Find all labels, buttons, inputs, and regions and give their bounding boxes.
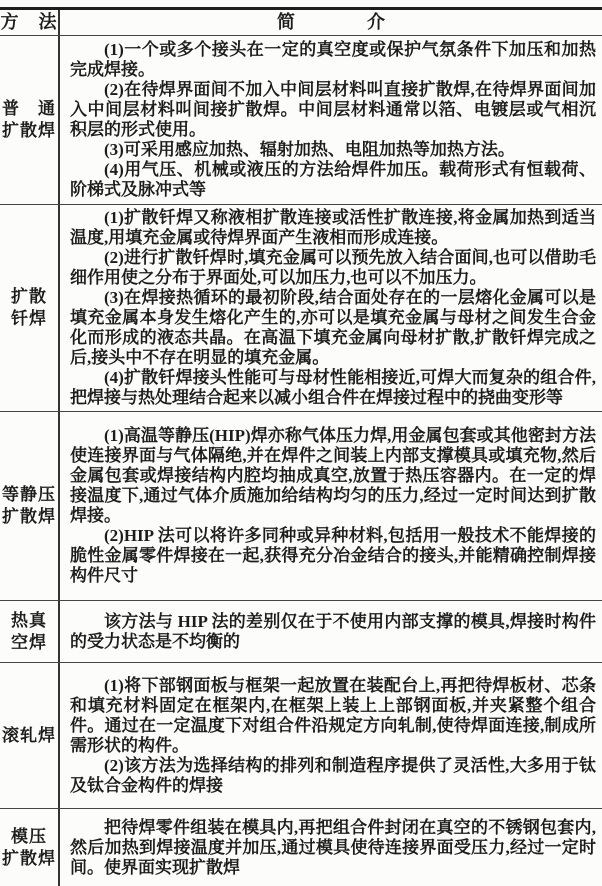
table-row: 等静压 扩散焊 (1)高温等静压(HIP)焊亦称气体压力焊,用金属包套或其他密封… <box>0 411 602 600</box>
table-row: 扩散 钎焊 (1)扩散钎焊又称液相扩散连接或活性扩散连接,将金属加热到适当温度,… <box>0 204 602 411</box>
table-row: 普 通 扩散焊 (1)一个或多个接头在一定的真空度或保护气氛条件下加压和加热完成… <box>0 35 602 204</box>
method-cell: 热真 空焊 <box>0 601 60 662</box>
welding-methods-table: 方 法 简 介 普 通 扩散焊 (1)一个或多个接头在一定的真空度或保护气氛条件… <box>0 7 602 886</box>
method-label-line: 扩散焊 <box>2 506 56 528</box>
intro-paragraph: 该方法与 HIP 法的差别仅在于不使用内部支撑的模具,焊接时构件的受力状态是不均… <box>70 612 596 652</box>
intro-cell: 把待焊零件组装在模具内,再把组合件封闭在真空的不锈钢包套内,然后加热到焊接温度并… <box>60 809 602 886</box>
table-header-row: 方 法 简 介 <box>0 10 602 35</box>
scanned-document-page: 方 法 简 介 普 通 扩散焊 (1)一个或多个接头在一定的真空度或保护气氛条件… <box>0 0 602 886</box>
intro-cell: 该方法与 HIP 法的差别仅在于不使用内部支撑的模具,焊接时构件的受力状态是不均… <box>60 601 602 662</box>
method-cell: 模压 扩散焊 <box>0 809 60 886</box>
method-label-line: 扩散 <box>11 286 47 308</box>
intro-paragraph: (3)在焊接热循环的最初阶段,结合面处存在的一层熔化金属可以是填充金属本身发生熔… <box>70 288 596 368</box>
intro-cell: (1)扩散钎焊又称液相扩散连接或活性扩散连接,将金属加热到适当温度,用填充金属或… <box>60 205 602 411</box>
method-label-line: 扩散焊 <box>2 848 56 870</box>
intro-paragraph: (2)在待焊界面间不加入中间层材料叫直接扩散焊,在待焊界面间加入中间层材料叫间接… <box>70 80 596 140</box>
intro-cell: (1)高温等静压(HIP)焊亦称气体压力焊,用金属包套或其他密封方法使连接界面与… <box>60 412 602 600</box>
header-intro-cell: 简 介 <box>60 10 602 35</box>
intro-paragraph: (1)扩散钎焊又称液相扩散连接或活性扩散连接,将金属加热到适当温度,用填充金属或… <box>70 208 596 248</box>
intro-paragraph: (1)将下部钢面板与框架一起放置在装配台上,再把待焊板材、芯条和填充材料固定在框… <box>70 676 596 756</box>
intro-paragraph: 把待焊零件组装在模具内,再把组合件封闭在真空的不锈钢包套内,然后加热到焊接温度并… <box>70 818 596 878</box>
method-label-line: 普 通 <box>2 98 56 120</box>
method-label-line: 空焊 <box>11 632 47 654</box>
table-row: 滚轧焊 (1)将下部钢面板与框架一起放置在装配台上,再把待焊板材、芯条和填充材料… <box>0 662 602 808</box>
intro-cell: (1)一个或多个接头在一定的真空度或保护气氛条件下加压和加热完成焊接。 (2)在… <box>60 36 602 204</box>
intro-paragraph: (3)可采用感应加热、辐射加热、电阻加热等加热方法。 <box>70 140 596 160</box>
table-row: 模压 扩散焊 把待焊零件组装在模具内,再把组合件封闭在真空的不锈钢包套内,然后加… <box>0 808 602 886</box>
method-cell: 等静压 扩散焊 <box>0 412 60 600</box>
intro-paragraph: (4)扩散钎焊接头性能可与母材性能相接近,可焊大而复杂的组合件,把焊接与热处理结… <box>70 368 596 408</box>
header-method-cell: 方 法 <box>0 10 60 35</box>
intro-paragraph: (1)一个或多个接头在一定的真空度或保护气氛条件下加压和加热完成焊接。 <box>70 40 596 80</box>
intro-paragraph: (2)HIP 法可以将许多同种或异种材料,包括用一般技术不能焊接的脆性金属零件焊… <box>70 526 596 586</box>
table-row: 热真 空焊 该方法与 HIP 法的差别仅在于不使用内部支撑的模具,焊接时构件的受… <box>0 600 602 662</box>
intro-paragraph: (2)进行扩散钎焊时,填充金属可以预先放入结合面间,也可以借助毛细作用使之分布于… <box>70 248 596 288</box>
method-label-line: 模压 <box>11 826 47 848</box>
intro-paragraph: (1)高温等静压(HIP)焊亦称气体压力焊,用金属包套或其他密封方法使连接界面与… <box>70 426 596 526</box>
method-label-line: 扩散焊 <box>2 120 56 142</box>
method-cell: 普 通 扩散焊 <box>0 36 60 204</box>
intro-cell: (1)将下部钢面板与框架一起放置在装配台上,再把待焊板材、芯条和填充材料固定在框… <box>60 663 602 808</box>
intro-paragraph: (4)用气压、机械或液压的方法给焊件加压。载荷形式有恒载荷、阶梯式及脉冲式等 <box>70 160 596 200</box>
method-label-line: 热真 <box>11 610 47 632</box>
method-cell: 滚轧焊 <box>0 663 60 808</box>
method-label-line: 滚轧焊 <box>2 725 56 747</box>
method-label-line: 钎焊 <box>11 308 47 330</box>
method-label-line: 等静压 <box>2 484 56 506</box>
intro-paragraph: (2)该方法为选择结构的排列和制造程序提供了灵活性,大多用于钛及钛合金构件的焊接 <box>70 756 596 796</box>
method-cell: 扩散 钎焊 <box>0 205 60 411</box>
